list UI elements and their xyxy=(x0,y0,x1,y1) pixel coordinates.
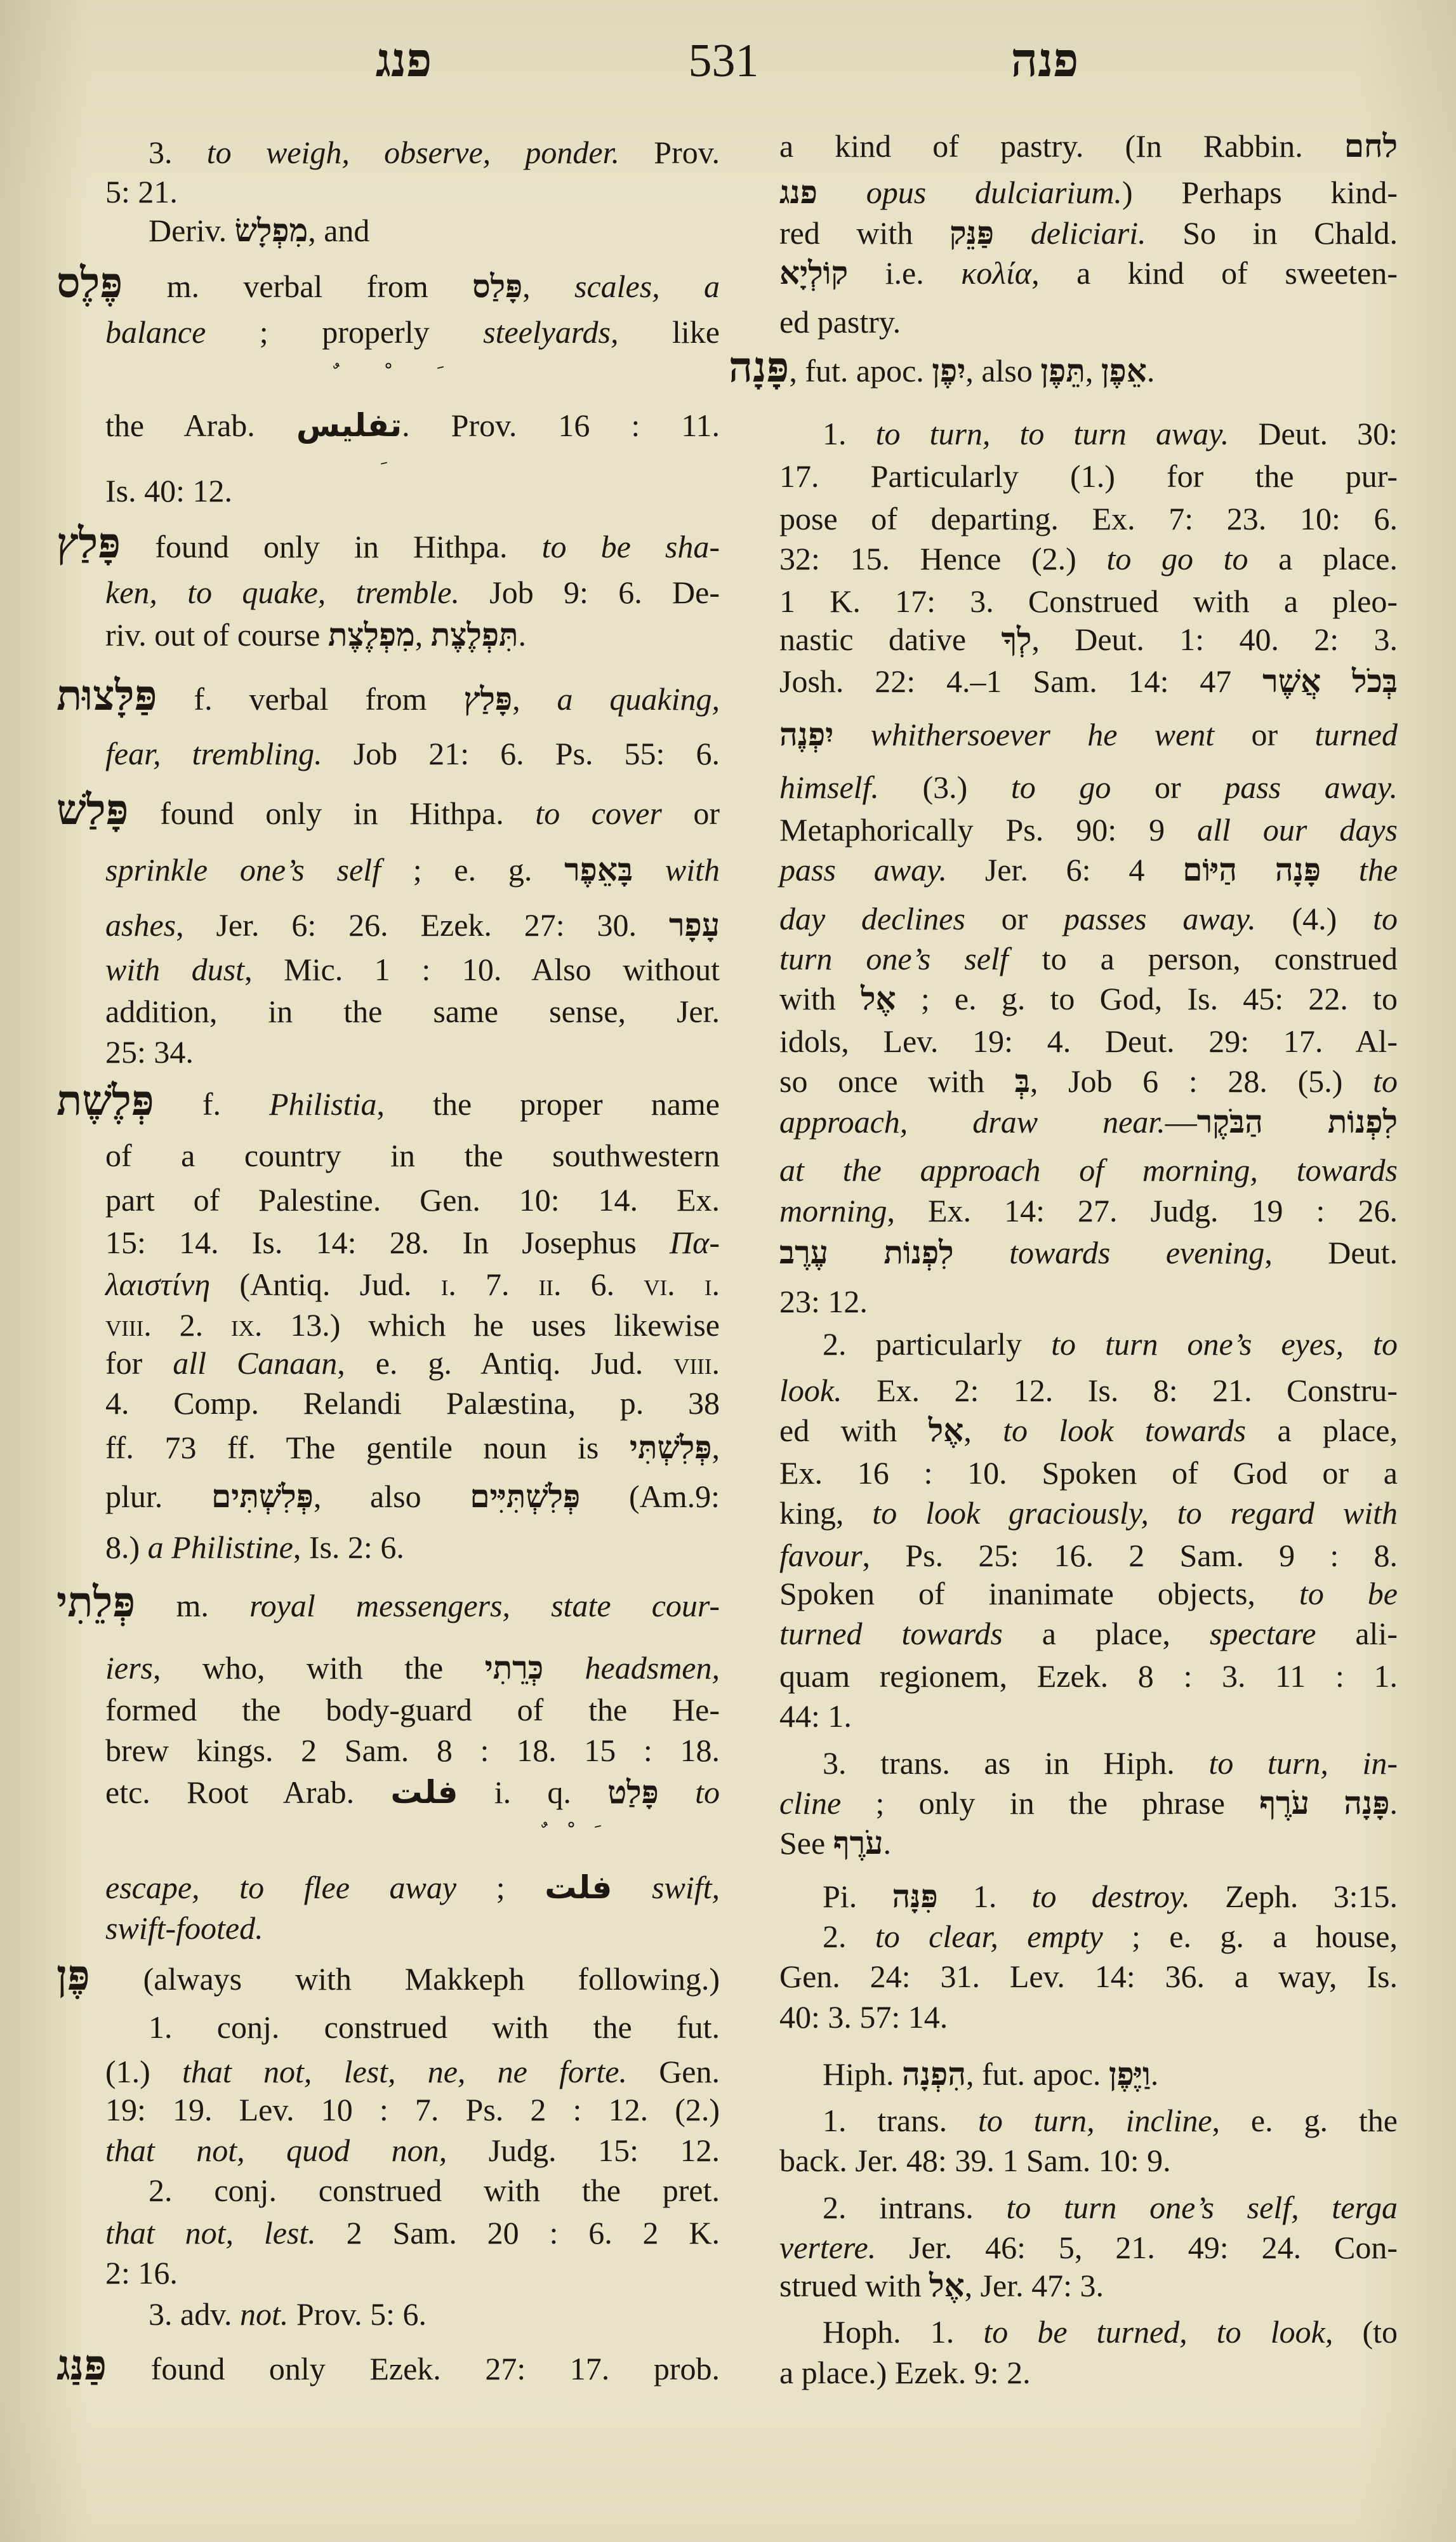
text: Job 21: 6. Ps. 55: 6. xyxy=(322,736,720,771)
text: f. verbal from xyxy=(157,681,464,717)
text-line: פַּנַּג found only Ezek. 27: 17. prob. xyxy=(56,2346,720,2386)
text-line: back. Jer. 48: 39. 1 Sam. 10: 9. xyxy=(779,2140,1398,2181)
italic-text: to xyxy=(695,1774,720,1810)
hebrew-text: אֵפֶן xyxy=(1101,353,1147,389)
hebrew-text: לִפְנוֹת הַבֹּקֶר xyxy=(1197,1104,1398,1140)
text: (1.) xyxy=(105,2054,182,2089)
text: Metaphorically Ps. 90: 9 xyxy=(779,812,1197,848)
text: 1 K. 17: 3. Construed with a pleo- xyxy=(779,583,1398,619)
text: , Mic. 1 : 10. Also without xyxy=(244,952,720,987)
greek-text: Πα- xyxy=(670,1225,720,1260)
text-line: 25: 34. xyxy=(105,1032,720,1072)
text: , Ex. 14: 27. Judg. 19 : 26. xyxy=(887,1193,1398,1228)
text-line: פָּלַץ found only in Hithpa. to be sha- xyxy=(56,524,720,564)
text-line: morning, Ex. 14: 27. Judg. 19 : 26. xyxy=(779,1190,1398,1231)
text: king, xyxy=(779,1495,872,1531)
text: addition, in the same sense, Jer. xyxy=(105,994,720,1029)
text: , Job 6 : 28. (5.) xyxy=(1030,1063,1373,1099)
text: Ex. 2: 12. Is. 8: 21. Constru- xyxy=(842,1373,1398,1408)
text-line: approach, draw near.—לִפְנוֹת הַבֹּקֶר xyxy=(779,1101,1398,1142)
text: 2. conj. construed with the pret. xyxy=(149,2173,720,2208)
hebrew-text: אֶל xyxy=(861,981,896,1016)
text: for xyxy=(105,1345,173,1381)
italic-text: ken, to quake, tremble. xyxy=(105,575,460,610)
text-line: a kind of pastry. (In Rabbin. לחם xyxy=(779,126,1398,166)
hebrew-text: עֹרֶף xyxy=(833,1825,884,1861)
text-line: vertere. Jer. 46: 5, 21. 49: 24. Con- xyxy=(779,2227,1398,2268)
headword: פֶּן xyxy=(56,1953,90,1999)
italic-text: day declines xyxy=(779,901,965,936)
vowel-mark: ﹲ xyxy=(541,1821,548,1846)
text-line: 2. to clear, empty ; e. g. a house, xyxy=(823,1916,1398,1957)
text-line: 17. Particularly (1.) for the pur- xyxy=(779,456,1398,496)
text-line: Deriv. מִפְלָשׂ, and xyxy=(149,210,720,251)
text: i. q. xyxy=(458,1774,607,1810)
text xyxy=(612,1870,652,1905)
text: 17. Particularly (1.) for the pur- xyxy=(779,458,1398,494)
text-line: turned towards a place, spectare ali- xyxy=(779,1613,1398,1654)
text: 40: 3. 57: 14. xyxy=(779,1999,948,2035)
text: Pi. xyxy=(823,1879,892,1914)
hebrew-text: תֵּפֶן xyxy=(1040,353,1085,389)
text-line: Josh. 22: 4.–1 Sam. 14: 47 בְּכֹל אֲשֶׁר xyxy=(779,661,1398,702)
hebrew-text: הִפְנָה xyxy=(902,2056,966,2092)
vowel-mark: ﹾ xyxy=(385,362,392,387)
text: riv. out of course xyxy=(105,617,328,653)
text: the Arab. xyxy=(105,408,296,443)
text-line: formed the body-guard of the He- xyxy=(105,1689,720,1730)
text-line: balance ; properly steelyards, like xyxy=(105,312,720,352)
text: found only Ezek. 27: 17. prob. xyxy=(107,2351,720,2386)
text-line: 40: 3. 57: 14. xyxy=(779,1997,1398,2037)
text: , Deut. 1: 40. 2: 3. xyxy=(1031,622,1398,657)
hebrew-text: כְּרֵתִי xyxy=(485,1650,544,1686)
italic-text: to weigh, observe, ponder. xyxy=(207,135,619,170)
italic-text: himself. xyxy=(779,769,879,805)
text: strued with xyxy=(779,2268,929,2303)
text: or xyxy=(662,795,720,831)
text: See xyxy=(779,1825,833,1861)
text-line: sprinkle one’s self ; e. g. בָּאֵפֶר wit… xyxy=(105,849,720,890)
italic-text: to xyxy=(1373,1063,1398,1099)
vowel-mark: ﹶ xyxy=(595,1821,601,1846)
text-line: with dust, Mic. 1 : 10. Also without xyxy=(105,949,720,990)
text-line: that not, lest. 2 Sam. 20 : 6. 2 K. xyxy=(105,2213,720,2253)
text: 5: 21. xyxy=(105,174,178,210)
text: Judg. 15: 12. xyxy=(447,2133,720,2168)
text-line: plur. פְּלִשְׁתִּים, also פְּלִשְׁתִּיִּ… xyxy=(105,1476,720,1517)
text: , also xyxy=(314,1479,470,1514)
text: . xyxy=(883,1825,891,1861)
hebrew-text: תִּפְלֶצֶת xyxy=(431,617,519,653)
italic-text: escape, to flee away xyxy=(105,1870,456,1905)
hebrew-text: פָּלַץ xyxy=(463,681,512,717)
text: , a kind of sweeten- xyxy=(1031,255,1398,291)
italic-text: not. xyxy=(240,2296,288,2332)
text: ) Perhaps kind- xyxy=(1122,175,1398,210)
text-line: with אֶל ; e. g. to God, Is. 45: 22. to xyxy=(779,978,1398,1019)
hebrew-text: אֶל xyxy=(929,2268,965,2303)
text: m. xyxy=(135,1588,249,1623)
text-line: 23: 12. xyxy=(779,1281,1398,1322)
text-line: קוֹלְיָא i.e. κολία, a kind of sweeten- xyxy=(779,253,1398,293)
text-line: 1 K. 17: 3. Construed with a pleo- xyxy=(779,581,1398,622)
text-line: turn one’s self to a person, construed xyxy=(779,938,1398,979)
text: , fut. apoc. xyxy=(966,2056,1109,2092)
hebrew-text: בְּכֹל אֲשֶׁר xyxy=(1262,663,1398,699)
text-line: Pi. פִּנָּה 1. to destroy. Zeph. 3:15. xyxy=(823,1876,1398,1917)
text-line: strued with אֶל, Jer. 47: 3. xyxy=(779,2265,1398,2306)
headword: פֶּלֶס xyxy=(56,260,122,307)
text: ; properly xyxy=(206,314,483,350)
text-line: See עֹרֶף. xyxy=(779,1823,1398,1863)
text-line: 5: 21. xyxy=(105,171,720,212)
italic-text: a Philistine xyxy=(148,1529,293,1565)
text: 3. trans. as in Hiph. xyxy=(823,1745,1208,1781)
headword: פָּלַץ xyxy=(56,521,121,567)
small-caps-text: viii. xyxy=(673,1345,720,1381)
text-line: 1. trans. to turn, incline, e. g. the xyxy=(823,2100,1398,2141)
italic-text: to turn one’s eyes, to xyxy=(1051,1326,1398,1362)
page-number: 531 xyxy=(673,30,774,91)
text-line: that not, quod non, Judg. 15: 12. xyxy=(105,2130,720,2171)
text: a place. xyxy=(1248,541,1398,576)
text: , Deut. xyxy=(1264,1235,1398,1270)
italic-text: to turn, incline xyxy=(978,2103,1212,2138)
text-line: 3. trans. as in Hiph. to turn, in- xyxy=(823,1743,1398,1783)
right-guide-word: פנה xyxy=(994,30,1095,91)
italic-text: all Canaan xyxy=(173,1345,337,1381)
text-line: פַּלָּצוּת f. verbal from פָּלַץ, a quak… xyxy=(56,676,720,717)
text-line: 2. particularly to turn one’s eyes, to xyxy=(823,1324,1398,1364)
text: 3. adv. xyxy=(149,2296,240,2332)
text: Is. 40: 12. xyxy=(105,473,232,509)
hebrew-text: פָּנָה עֹרֶף xyxy=(1259,1785,1389,1821)
text: ; xyxy=(456,1870,545,1905)
italic-text: passes away. xyxy=(1064,901,1256,936)
text-line: Gen. 24: 31. Lev. 14: 36. a way, Is. xyxy=(779,1956,1398,1997)
text-line: ed pastry. xyxy=(779,302,1398,342)
text-line: 2: 16. xyxy=(105,2253,720,2293)
text-line: at the approach of morning, towards xyxy=(779,1150,1398,1190)
text: Jer. 46: 5, 21. 49: 24. Con- xyxy=(876,2230,1398,2265)
italic-text: the xyxy=(1359,852,1398,888)
text: , xyxy=(512,681,557,717)
text: 4. Comp. Relandi Palæstina, p. 38 xyxy=(105,1385,720,1421)
text xyxy=(659,1774,695,1810)
text-line: a place.) Ezek. 9: 2. xyxy=(779,2352,1398,2393)
text-line: quam regionem, Ezek. 8 : 3. 11 : 1. xyxy=(779,1656,1398,1696)
hebrew-text: קוֹלְיָא xyxy=(779,255,848,291)
text: , the proper name xyxy=(377,1086,720,1122)
text: , Jer. 47: 3. xyxy=(965,2268,1104,2303)
italic-text: a quaking, xyxy=(557,681,720,717)
hebrew-text: פַּנֵּק xyxy=(950,215,994,251)
italic-text: steelyards, xyxy=(483,314,618,350)
text: red with xyxy=(779,215,950,251)
text: nastic dative xyxy=(779,622,1001,657)
hebrew-text: בְּ xyxy=(1015,1063,1030,1099)
text-line: so once with בְּ, Job 6 : 28. (5.) to xyxy=(779,1061,1398,1101)
hebrew-text: פְּלִשְׁתִּים xyxy=(211,1479,314,1514)
text: Zeph. 3:15. xyxy=(1190,1879,1398,1914)
text-line: part of Palestine. Gen. 10: 14. Ex. xyxy=(105,1180,720,1220)
italic-text: at the approach of morning, towards xyxy=(779,1152,1398,1188)
text: 8.) xyxy=(105,1529,148,1565)
text: . xyxy=(519,617,527,653)
headword: פְּלֵתִי xyxy=(56,1580,135,1626)
italic-text: morning xyxy=(779,1193,887,1228)
greek-text: κολία xyxy=(961,255,1031,291)
text: so once with xyxy=(779,1063,1015,1099)
hebrew-text: פְּלִשְׁתִּי xyxy=(630,1430,712,1465)
hebrew-text: יִפֶן xyxy=(932,353,965,389)
text-line: לִפְנוֹת עֶרֶב towards evening, Deut. xyxy=(779,1232,1398,1273)
text-line: 3. to weigh, observe, ponder. Prov. xyxy=(149,132,720,173)
text: like xyxy=(619,314,720,350)
text: , xyxy=(712,1430,720,1465)
italic-text: to turn, to turn away. xyxy=(876,416,1229,451)
text: (to xyxy=(1333,2314,1398,2350)
text-line: red with פַּנֵּק deliciari. So in Chald. xyxy=(779,213,1398,253)
text: Ex. 16 : 10. Spoken of God or a xyxy=(779,1455,1398,1491)
text: 32: 15. Hence (2.) xyxy=(779,541,1106,576)
text-line: of a country in the southwestern xyxy=(105,1135,720,1176)
text: Gen. xyxy=(627,2054,720,2089)
text-line: Is. 40: 12. xyxy=(105,470,720,511)
italic-text: approach, draw near. xyxy=(779,1104,1165,1140)
text: quam regionem, Ezek. 8 : 3. 11 : 1. xyxy=(779,1658,1398,1694)
text-line: idols, Lev. 19: 4. Deut. 29: 17. Al- xyxy=(779,1021,1398,1061)
italic-text: ashes xyxy=(105,907,176,943)
headword: פָּנָה xyxy=(729,345,789,391)
text xyxy=(1321,852,1359,888)
text: ed with xyxy=(779,1413,929,1448)
greek-text: λαιστίνη xyxy=(105,1267,210,1302)
text: , xyxy=(963,1413,1003,1448)
text: 1. xyxy=(823,416,876,451)
arabic-vowel-marks: ﹺ xyxy=(381,442,400,467)
text: . xyxy=(1147,353,1155,389)
text: ; only in the phrase xyxy=(841,1785,1259,1821)
text: (always with Makkeph following.) xyxy=(90,1961,720,1997)
italic-text: spectare xyxy=(1210,1616,1316,1651)
arabic-text: فلت xyxy=(390,1774,458,1811)
text: Jer. 6: 4 xyxy=(947,852,1182,888)
italic-text: cline xyxy=(779,1785,841,1821)
text: ed pastry. xyxy=(779,304,901,340)
italic-text: turn one’s self xyxy=(779,941,1009,976)
italic-text: swift-footed. xyxy=(105,1910,263,1946)
hebrew-text: פָּנָה הַיּוֹם xyxy=(1182,852,1321,888)
italic-text: to turn, in- xyxy=(1208,1745,1398,1781)
italic-text: swift, xyxy=(652,1870,720,1905)
text: m. verbal from xyxy=(122,269,472,304)
text: , fut. apoc. xyxy=(789,353,932,389)
text: found only in Hithpa. xyxy=(121,529,541,564)
text: idols, Lev. 19: 4. Deut. 29: 17. Al- xyxy=(779,1023,1398,1059)
hebrew-text: יִפְנֶה xyxy=(779,717,833,752)
text-line: פְּלֶשֶׁת f. Philistia, the proper name xyxy=(56,1081,720,1122)
text: of a country in the southwestern xyxy=(105,1138,720,1173)
small-caps-text: i. 7. ii. 6. vi. i. xyxy=(441,1267,720,1302)
italic-text: to be turned, to look, xyxy=(983,2314,1333,2350)
text-line: escape, to flee away ; فلت swift, xyxy=(105,1867,720,1908)
text: found only in Hithpa. xyxy=(129,795,536,831)
italic-text: that not, quod non, xyxy=(105,2133,447,2168)
text-line: ff. 73 ff. The gentile noun is פְּלִשְׁת… xyxy=(105,1427,720,1468)
text: a place, xyxy=(1246,1413,1398,1448)
italic-text: pass away. xyxy=(1224,769,1398,805)
italic-text: turned xyxy=(1314,717,1398,752)
hebrew-text: לְךָ xyxy=(1001,622,1031,657)
italic-text: vertere. xyxy=(779,2230,876,2265)
text: , also xyxy=(965,353,1040,389)
italic-text: that not, lest, ne, ne forte. xyxy=(182,2054,627,2089)
text xyxy=(994,215,1031,251)
text-line: 3. adv. not. Prov. 5: 6. xyxy=(149,2294,720,2334)
left-guide-word: פנג xyxy=(353,30,454,91)
text: 25: 34. xyxy=(105,1034,194,1070)
text: , e. g. Antiq. Jud. xyxy=(337,1345,673,1381)
text-line: Spoken of inanimate objects, to be xyxy=(779,1573,1398,1614)
italic-text: favour xyxy=(779,1538,863,1573)
text: 2. particularly xyxy=(823,1326,1051,1362)
text-line: ken, to quake, tremble. Job 9: 6. De- xyxy=(105,572,720,613)
text: Spoken of inanimate objects, xyxy=(779,1576,1299,1611)
italic-text: iers xyxy=(105,1650,153,1686)
hebrew-text: פָּלַט xyxy=(607,1774,659,1810)
hebrew-text: עָפָר xyxy=(669,907,720,943)
text: or xyxy=(1214,717,1314,752)
hebrew-text: בָּאֵפֶר xyxy=(564,852,633,888)
hebrew-text: פְּלִשְׁתִּיִּים xyxy=(470,1479,580,1514)
italic-text: to clear, empty xyxy=(875,1919,1103,1954)
text: ff. 73 ff. The gentile noun is xyxy=(105,1430,630,1465)
text-line: favour, Ps. 25: 16. 2 Sam. 9 : 8. xyxy=(779,1535,1398,1576)
text: ; e. g. a house, xyxy=(1103,1919,1398,1954)
italic-text: look. xyxy=(779,1373,842,1408)
text: etc. Root Arab. xyxy=(105,1774,390,1810)
text-line: (1.) that not, lest, ne, ne forte. Gen. xyxy=(105,2051,720,2092)
text: formed the body-guard of the He- xyxy=(105,1692,720,1727)
text-line: פֶּן (always with Makkeph following.) xyxy=(56,1956,720,1997)
text: 2. intrans. xyxy=(823,2190,1006,2225)
text: 19: 19. Lev. 10 : 7. Ps. 2 : 12. (2.) xyxy=(105,2092,720,2127)
arabic-vowel-marks: ﹲﹾﹶ xyxy=(333,362,444,387)
text: ; e. g. to God, Is. 45: 22. to xyxy=(896,981,1398,1016)
text: , and xyxy=(308,213,369,248)
text-line: look. Ex. 2: 12. Is. 8: 21. Constru- xyxy=(779,1370,1398,1411)
text-line: פנג opus dulciarium.) Perhaps kind- xyxy=(779,172,1398,213)
hebrew-text: פִּנָּה xyxy=(892,1879,937,1914)
text xyxy=(817,175,866,210)
italic-text: sprinkle one’s self xyxy=(105,852,381,888)
text: plur. xyxy=(105,1479,211,1514)
italic-text: headsmen, xyxy=(585,1650,720,1686)
italic-text: fear, trembling. xyxy=(105,736,322,771)
text-line: iers, who, with the כְּרֵתִי headsmen, xyxy=(105,1647,720,1688)
text-line: 15: 14. Is. 14: 28. In Josephus Πα- xyxy=(105,1222,720,1263)
text-line: swift-footed. xyxy=(105,1908,720,1948)
text-line: nastic dative לְךָ, Deut. 1: 40. 2: 3. xyxy=(779,619,1398,660)
hebrew-text: פָּלַס xyxy=(472,269,522,304)
text: . xyxy=(1151,2056,1159,2092)
text-line: פָּלַשׁ found only in Hithpa. to cover o… xyxy=(56,790,720,831)
text: Hoph. 1. xyxy=(823,2314,983,2350)
text: , who, with the xyxy=(153,1650,485,1686)
text-line: riv. out of course מִפְלֶצֶת, תִּפְלֶצֶת… xyxy=(105,615,720,655)
italic-text: pass away. xyxy=(779,852,947,888)
italic-text: to go to xyxy=(1106,541,1248,576)
text-line: 2. conj. construed with the pret. xyxy=(149,2170,720,2211)
italic-text: all our days xyxy=(1197,812,1398,848)
italic-text: royal messengers, state cour- xyxy=(249,1588,720,1623)
headword: פַּלָּצוּת xyxy=(56,673,157,719)
text: Deriv. xyxy=(149,213,235,248)
italic-text: to go xyxy=(1011,769,1111,805)
text: pose of departing. Ex. 7: 23. 10: 6. xyxy=(779,501,1398,536)
text-line: himself. (3.) to go or pass away. xyxy=(779,767,1398,808)
text-line: 2. intrans. to turn one’s self, terga xyxy=(823,2187,1398,2228)
italic-text: to look towards xyxy=(1003,1413,1246,1448)
text xyxy=(543,1650,585,1686)
text: (Am.9: xyxy=(580,1479,720,1514)
italic-text: with xyxy=(665,852,720,888)
text-line: λαιστίνη (Antiq. Jud. i. 7. ii. 6. vi. i… xyxy=(105,1264,720,1305)
text: . Prov. 16 : 11. xyxy=(402,408,720,443)
italic-text: deliciari. xyxy=(1031,215,1146,251)
italic-text: with dust xyxy=(105,952,244,987)
text: , Ps. 25: 16. 2 Sam. 9 : 8. xyxy=(863,1538,1398,1573)
text-line: 1. to turn, to turn away. Deut. 30: xyxy=(823,413,1398,454)
text: a kind of pastry. (In Rabbin. xyxy=(779,128,1344,164)
text-line: fear, trembling. Job 21: 6. Ps. 55: 6. xyxy=(105,733,720,774)
italic-text: Philistia xyxy=(269,1086,376,1122)
text: i.e. xyxy=(848,255,961,291)
text-line: ed with אֶל, to look towards a place, xyxy=(779,1410,1398,1451)
text xyxy=(633,852,665,888)
text: f. xyxy=(154,1086,269,1122)
text-line: Metaphorically Ps. 90: 9 all our days xyxy=(779,809,1398,850)
small-caps-text: viii. 2. ix. 13. xyxy=(105,1307,330,1343)
text-line: 19: 19. Lev. 10 : 7. Ps. 2 : 12. (2.) xyxy=(105,2089,720,2130)
text: . xyxy=(1390,1785,1398,1821)
italic-text: towards evening xyxy=(1009,1235,1264,1270)
italic-text: opus dulciarium. xyxy=(866,175,1122,210)
text-line: 44: 1. xyxy=(779,1696,1398,1736)
text-line: Ex. 16 : 10. Spoken of God or a xyxy=(779,1453,1398,1493)
text-line: 1. conj. construed with the fut. xyxy=(149,2007,720,2047)
text-line: pass away. Jer. 6: 4 פָּנָה הַיּוֹם the xyxy=(779,849,1398,890)
hebrew-text: וַיֶּפֶן xyxy=(1109,2056,1151,2092)
text: (3.) xyxy=(879,769,1011,805)
text: Gen. 24: 31. Lev. 14: 36. a way, Is. xyxy=(779,1959,1398,1994)
text-line: for all Canaan, e. g. Antiq. Jud. viii. xyxy=(105,1343,720,1383)
hebrew-text: מִפְלֶצֶת xyxy=(328,617,415,653)
text-line: פָּנָה, fut. apoc. יִפֶן, also תֵּפֶן, א… xyxy=(729,348,1398,389)
italic-text: to be sha- xyxy=(542,529,720,564)
text: , xyxy=(522,269,574,304)
text xyxy=(833,717,870,752)
text: 2: 16. xyxy=(105,2255,178,2291)
text-line: פֶּלֶס m. verbal from פָּלַס, scales, a xyxy=(56,263,720,304)
text-line: 4. Comp. Relandi Palæstina, p. 38 xyxy=(105,1383,720,1423)
text-line: 32: 15. Hence (2.) to go to a place. xyxy=(779,538,1398,579)
italic-text: to xyxy=(1373,901,1398,936)
text: 1. conj. construed with the fut. xyxy=(149,2009,720,2045)
text-line: 8.) a Philistine, Is. 2: 6. xyxy=(105,1527,720,1567)
